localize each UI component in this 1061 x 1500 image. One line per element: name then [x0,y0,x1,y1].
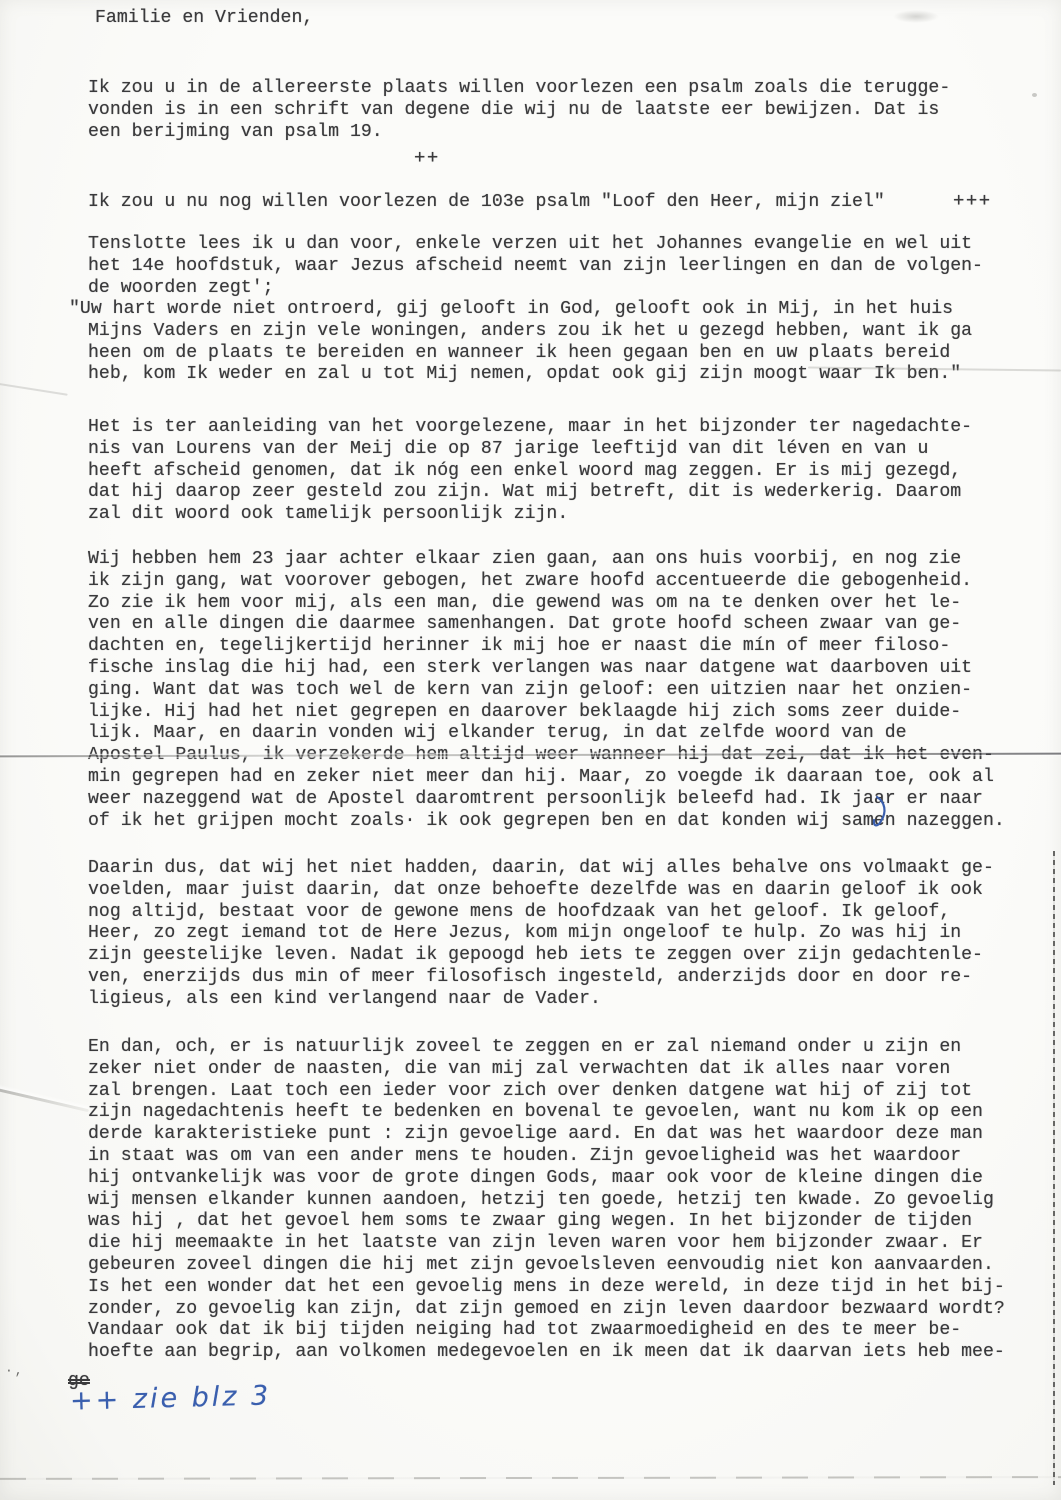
bottom-scan-line [0,1476,1061,1480]
text-line: een berijming van psalm 19. [88,122,950,144]
text-line: heb, kom Ik weder en zal u tot Mij nemen… [88,364,972,386]
text-line: Daarin dus, dat wij het niet hadden, daa… [88,858,994,880]
salutation: Familie en Vrienden, [95,8,313,30]
paper-fold-left [0,1087,89,1112]
paragraph-psalm103: Ik zou u nu nog willen voorlezen de 103e… [88,192,885,214]
text-line: in staat was om van een ander mens te ho… [88,1146,1005,1168]
text-line: nog altijd, bestaat voor de gewone mens … [88,902,994,924]
text-line: zonder, zo gevoelig kan zijn, dat zijn g… [88,1299,1005,1321]
text-line: zeker niet onder de naasten, die van mij… [88,1059,1005,1081]
text-line: heen om de plaats te bereiden en wanneer… [88,343,972,365]
text-line: Heer, zo zegt iemand tot de Here Jezus, … [88,923,994,945]
text-line: Apostel Paulus, ik verzekerde hem altijd… [88,745,1005,767]
text-line: Ik zou u in de allereerste plaats willen… [88,78,950,100]
text-line: Mijns Vaders en zijn vele woningen, ande… [88,321,972,343]
text-line: Vandaar ook dat ik bij tijden neiging ha… [88,1320,1005,1342]
margin-mark: ·, [5,1360,25,1382]
text-line: gebeuren zoveel dingen die hij met zijn … [88,1255,1005,1277]
typed-plus-plus-plus-marker: +++ [953,191,992,213]
paragraph-intro-psalm19: Ik zou u in de allereerste plaats willen… [88,78,950,143]
text-line: ging. Want dat was toch wel de kern van … [88,680,1005,702]
text-line: was hij , dat het gevoel hem soms te zwa… [88,1211,1005,1233]
text-line: Is het een wonder dat het een gevoelig m… [88,1277,1005,1299]
text-line: ligieus, als een kind verlangend naar de… [88,989,994,1011]
typed-plus-plus-marker: ++ [414,148,440,170]
text-line: het 14e hoofdstuk, waar Jezus afscheid n… [88,256,983,278]
text-line: dachten en, tegelijkertijd herinner ik m… [88,636,1005,658]
paragraph-herinnering: Wij hebben hem 23 jaar achter elkaar zie… [88,549,1005,832]
text-line: Zo zie ik hem voor mij, als een man, die… [88,593,1005,615]
text-line: die hij meemaakte in het laatste van zij… [88,1233,1005,1255]
text-line: ik zijn gang, wat voorover gebogen, het … [88,571,1005,593]
text-line: zijn nagedachtenis heeft te bedenken en … [88,1102,1005,1124]
scanned-typewritten-letter-page: Familie en Vrienden, Ik zou u in de alle… [0,0,1061,1500]
handwritten-correction-mark [872,794,892,832]
text-line: wij mensen elkander kunnen aandoen, hetz… [88,1190,1005,1212]
text-line: En dan, och, er is natuurlijk zoveel te … [88,1037,1005,1059]
right-edge-scan-line [1053,851,1055,1485]
text-line: zal dit woord ook tamelijk persoonlijk z… [88,504,972,526]
smudge-top-right [893,10,939,23]
pen-stroke-icon [872,794,892,832]
paragraph-johannes: Tenslotte lees ik u dan voor, enkele ver… [88,234,983,299]
text-line: "Uw hart worde niet ontroerd, gij geloof… [88,299,972,321]
text-line: voelden, maar juist daarin, dat onze beh… [88,880,994,902]
paragraph-gevoelige-aard: En dan, och, er is natuurlijk zoveel te … [88,1037,1005,1364]
text-line: lijke. Hij had het niet gegrepen en daar… [88,702,1005,724]
text-line: hoefte aan begrip, aan volkomen medegevo… [88,1342,1005,1364]
text-line: weer nazeggend wat de Apostel daaromtren… [88,789,1005,811]
text-line: lijk. Maar, en daarin vonden wij elkande… [88,723,1005,745]
text-line: de woorden zegt'; [88,278,983,300]
text-line: hij ontvankelijk was voor de grote dinge… [88,1168,1005,1190]
text-line: min gegrepen had en zeker niet meer dan … [88,767,1005,789]
paragraph-geloof: Daarin dus, dat wij het niet hadden, daa… [88,858,994,1011]
text-line: zijn geestelijke leven. Nadat ik gepoogd… [88,945,994,967]
text-line: nis van Lourens van der Meij die op 87 j… [88,439,972,461]
text-line: of ik het grijpen mocht zoals· ik ook ge… [88,811,1005,833]
handwritten-note: ++ zie blz 3 [70,1381,272,1416]
text-line: zal brengen. Laat toch een ieder voor zi… [88,1081,1005,1103]
text-line: dat hij daarop zeer gesteld zou zijn. Wa… [88,482,972,504]
text-line: Tenslotte lees ik u dan voor, enkele ver… [88,234,983,256]
text-line: derde karakteristieke punt : zijn gevoel… [88,1124,1005,1146]
text-line: ven en alle dingen die daarmee samenhang… [88,614,1005,636]
text-line: heeft afscheid genomen, dat ik nóg een e… [88,461,972,483]
paragraph-quote-john14: "Uw hart worde niet ontroerd, gij geloof… [88,299,972,386]
text-line: Het is ter aanleiding van het voorgeleze… [88,417,972,439]
text-line: vonden is in een schrift van degene die … [88,100,950,122]
paper-speck [1032,93,1037,97]
text-line: fische inslag die hij had, een sterk ver… [88,658,1005,680]
paragraph-aanleiding: Het is ter aanleiding van het voorgeleze… [88,417,972,526]
faint-crease-left [0,382,68,396]
text-line: ven, enerzijds dus min of meer filosofis… [88,967,994,989]
text-line: Ik zou u nu nog willen voorlezen de 103e… [88,192,885,214]
text-line: Wij hebben hem 23 jaar achter elkaar zie… [88,549,1005,571]
